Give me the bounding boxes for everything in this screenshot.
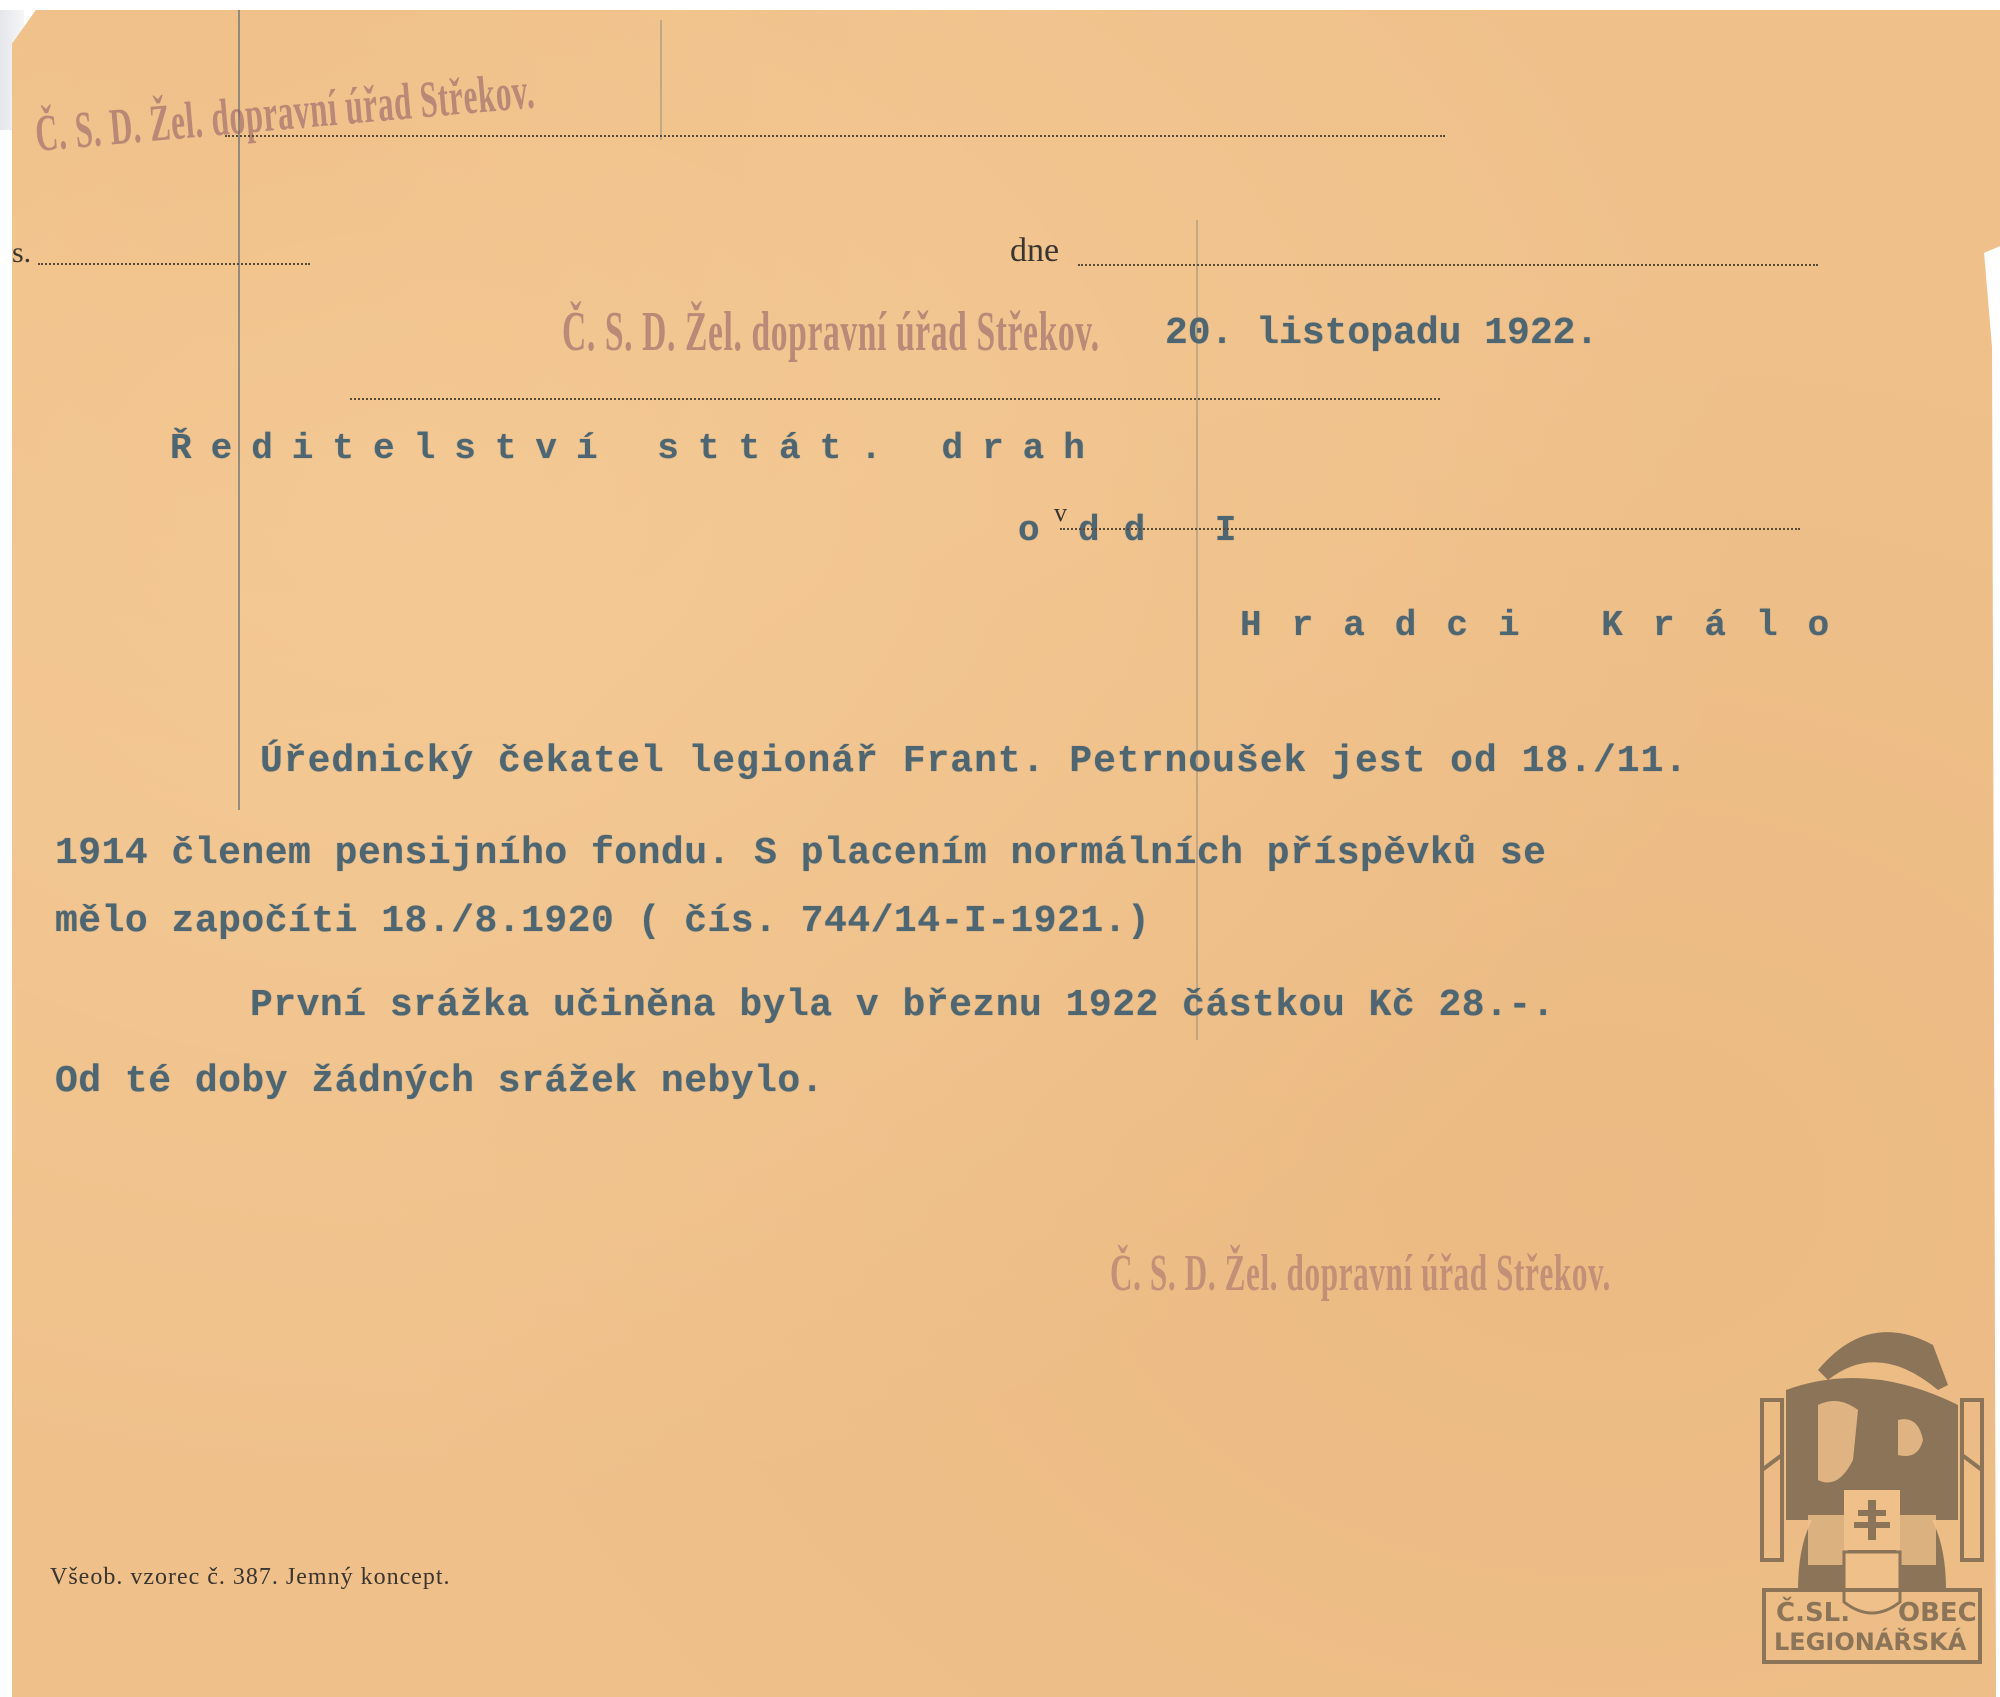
dotted-line-header (225, 135, 1445, 137)
logo-text-csl: Č.SL. (1776, 1598, 1850, 1628)
addressee-line1: Ředitelství sttát. drah (170, 428, 1104, 469)
date-field-line (1078, 264, 1818, 266)
logo-text-obec: OBEC (1898, 1598, 1977, 1628)
logo-text-legionarska: LEGIONÁŘSKÁ (1774, 1628, 1966, 1656)
form-template-note: Všeob. vzorec č. 387. Jemný koncept. (50, 1564, 451, 1591)
date-label: dne (1010, 232, 1059, 270)
dotted-line-addressee (350, 398, 1440, 400)
body-paragraph1-line3: mělo započíti 18./8.1920 ( čís. 744/14-I… (55, 900, 1150, 943)
body-paragraph1-line2: 1914 členem pensijního fondu. S placením… (55, 832, 1546, 875)
addressee-line3: Hradci Králo (1240, 605, 1859, 646)
legion-association-logo: Č.SL. OBEC LEGIONÁŘSKÁ (1758, 1290, 1986, 1670)
number-field-line (38, 263, 310, 265)
document-scan: Č. S. D. Žel. dopravní úřad Střekov. s. … (0, 0, 2000, 1697)
body-paragraph2-line1: První srážka učiněna byla v březnu 1922 … (250, 984, 1555, 1027)
typed-date: 20. listopadu 1922. (1165, 312, 1598, 355)
body-paragraph1-line1: Úřednický čekatel legionář Frant. Petrno… (260, 740, 1688, 783)
department-field-line (1060, 528, 1800, 530)
body-paragraph2-line2: Od té doby žádných srážek nebylo. (55, 1060, 824, 1103)
number-label: s. (12, 236, 31, 270)
